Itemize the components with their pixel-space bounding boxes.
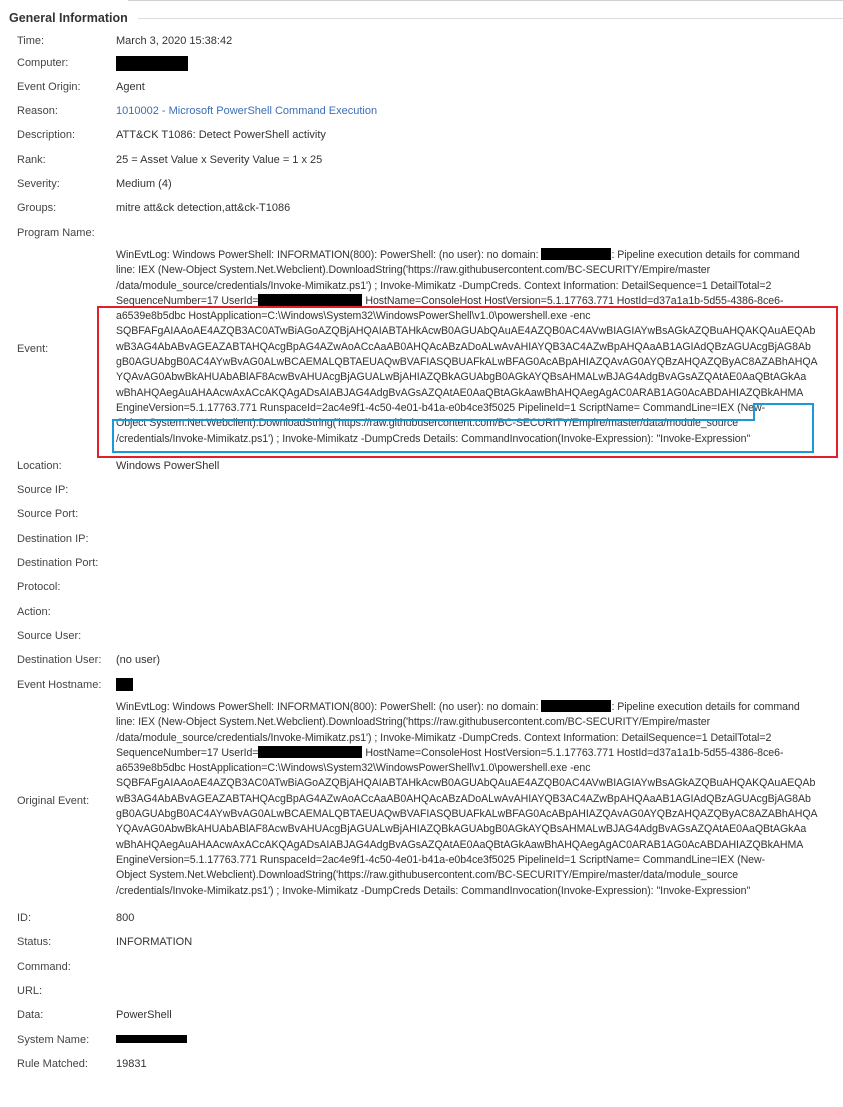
field-label: System Name: [17,1033,89,1049]
field-label: Protocol: [17,580,60,596]
reason-link[interactable]: 1010002 - Microsoft PowerShell Command E… [116,105,377,117]
redaction-bar [541,700,611,712]
redaction-bar [116,56,188,71]
field-value: Windows PowerShell [116,459,838,475]
redaction-bar [116,1035,187,1043]
top-divider [128,0,843,1]
field-label: Source Port: [17,507,78,523]
field-original-event: Original Event: WinEvtLog: Windows Power… [0,700,843,910]
field-value: Agent [116,80,838,96]
section-title: General Information [9,11,128,25]
field-value: mitre att&ck detection,att&ck-T1086 [116,201,838,217]
field-label: Program Name: [17,226,95,242]
field-label: Computer: [17,56,68,72]
original-event-text: WinEvtLog: Windows PowerShell: INFORMATI… [116,700,838,899]
field-value-redacted [116,678,838,695]
field-label: Destination Port: [17,556,98,572]
field-label: ID: [17,911,31,927]
field-value: March 3, 2020 15:38:42 [116,34,838,50]
field-label: Source IP: [17,483,68,499]
field-label: Severity: [17,177,60,193]
highlight-box-blue-join [112,419,755,421]
field-label: Destination User: [17,653,101,669]
field-value: Medium (4) [116,177,838,193]
field-label: URL: [17,984,42,1000]
section-divider [138,18,843,19]
field-label: Event Hostname: [17,678,101,694]
field-label: Action: [17,605,51,621]
field-label: Event Origin: [17,80,81,96]
field-label: Source User: [17,629,81,645]
field-label: Destination IP: [17,532,89,548]
field-label: Data: [17,1008,43,1024]
field-value: INFORMATION [116,935,838,951]
field-label: Location: [17,459,62,475]
field-label: Event: [17,342,48,358]
section-header: General Information [9,9,843,27]
field-value: 19831 [116,1057,838,1073]
field-label: Reason: [17,104,58,120]
field-value-redacted [116,1033,838,1049]
redaction-bar [116,678,133,691]
field-label: Status: [17,935,51,951]
field-label: Time: [17,34,44,50]
field-value: 800 [116,911,838,927]
field-value: ATT&CK T1086: Detect PowerShell activity [116,128,838,144]
redaction-bar [541,248,611,260]
field-label: Original Event: [17,794,89,810]
field-value: PowerShell [116,1008,838,1024]
highlight-box-blue-bottom [112,419,814,453]
field-label: Rank: [17,153,46,169]
redaction-bar [258,746,362,758]
field-value: (no user) [116,653,838,669]
field-value: 25 = Asset Value x Severity Value = 1 x … [116,153,838,169]
field-label: Groups: [17,201,56,217]
field-value-redacted [116,56,838,75]
redaction-bar [258,294,362,306]
field-label: Command: [17,960,71,976]
field-label: Rule Matched: [17,1057,88,1073]
field-label: Description: [17,128,75,144]
